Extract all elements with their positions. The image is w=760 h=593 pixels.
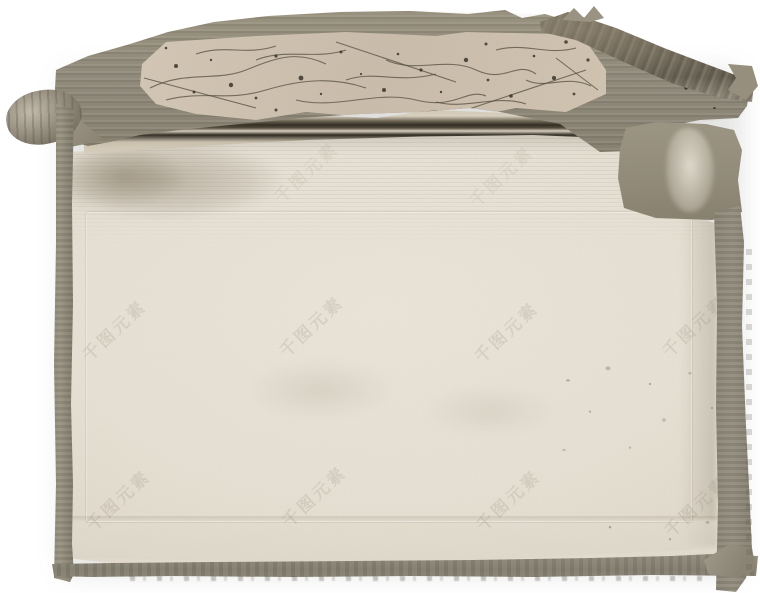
- scratch-marks-graphic: [136, 30, 614, 124]
- tape-border-left: [50, 104, 76, 582]
- paper-texture-photo: 千图元素 千图元素 千图元素 千图元素 千图元素 千图元素 千图元素 千图元素 …: [0, 0, 760, 593]
- torn-paper-patch: [136, 30, 614, 124]
- worn-spot: [666, 128, 714, 212]
- torn-fuzz-bottom: [130, 576, 710, 581]
- torn-fuzz-right: [746, 240, 752, 570]
